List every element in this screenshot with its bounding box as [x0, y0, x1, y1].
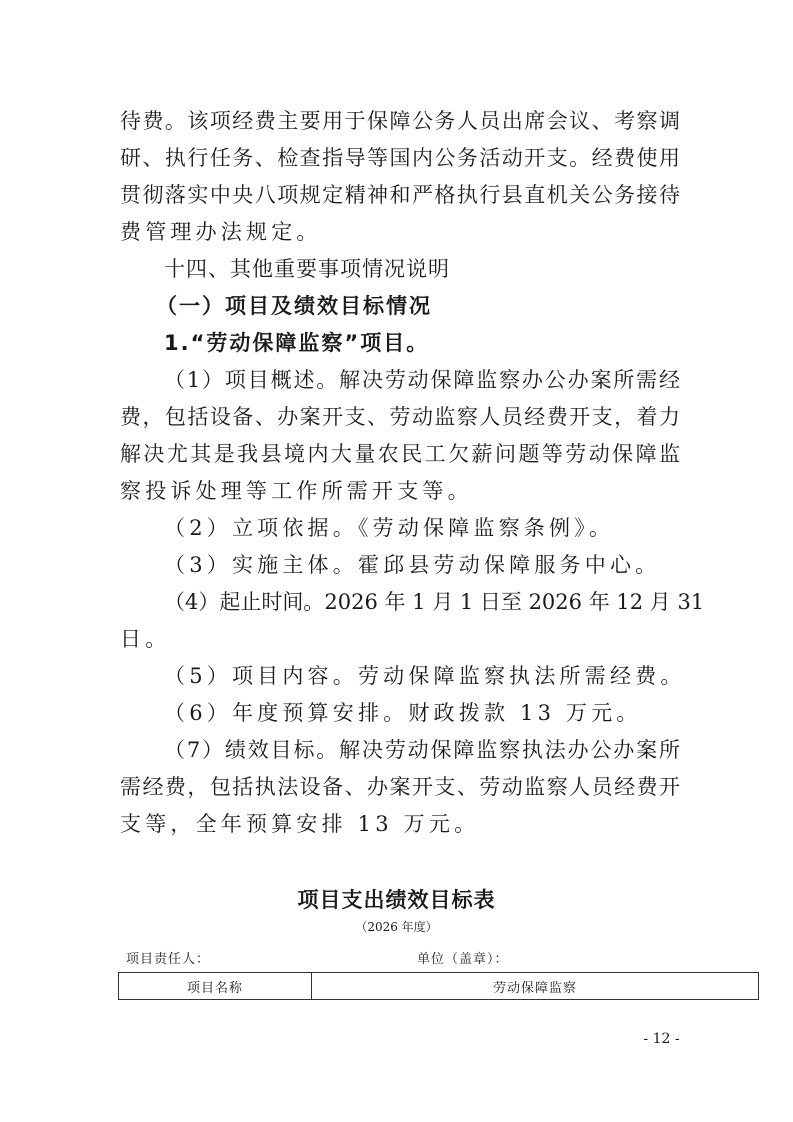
- body-text-line: 研、执行任务、检查指导等国内公务活动开支。经费使用: [120, 145, 680, 171]
- table-title: 项目支出绩效目标表: [0, 884, 793, 914]
- item-title: 1.“劳动保障监察”项目。: [164, 330, 680, 356]
- table-row: 项目名称 劳动保障监察: [119, 973, 759, 1000]
- implementer-line: （3）实施主体。霍邱县劳动保障服务中心。: [164, 552, 680, 578]
- period-line: （4）起止时间。2026 年 1 月 1 日至 2026 年 12 月 31: [164, 589, 680, 615]
- body-text-line: 待费。该项经费主要用于保障公务人员出席会议、考察调: [120, 108, 680, 134]
- performance-target-table: 项目名称 劳动保障监察: [118, 972, 759, 1000]
- overview-line: 费，包括设备、办案开支、劳动监察人员经费开支，着力: [120, 404, 680, 430]
- table-cell-label: 项目名称: [119, 973, 312, 1000]
- responsible-person-label: 项目责任人：: [126, 948, 210, 967]
- goal-line: 需经费，包括执法设备、办案开支、劳动监察人员经费开: [120, 774, 680, 800]
- body-text-line: 贯彻落实中央八项规定精神和严格执行县直机关公务接待: [120, 182, 680, 208]
- overview-line: 察投诉处理等工作所需开支等。: [120, 478, 680, 504]
- page-number: - 12 -: [0, 1031, 793, 1047]
- overview-line: 解决尤其是我县境内大量农民工欠薪问题等劳动保障监: [120, 441, 680, 467]
- basis-line: （2）立项依据。《劳动保障监察条例》。: [164, 515, 680, 541]
- table-cell-value: 劳动保障监察: [312, 973, 759, 1000]
- period-line: 日。: [120, 626, 680, 652]
- table-subtitle: （2026 年度）: [0, 918, 793, 935]
- budget-line: （6）年度预算安排。财政拨款 13 万元。: [164, 700, 680, 726]
- goal-line: 支等，全年预算安排 13 万元。: [120, 811, 680, 837]
- section-subheading: （一）项目及绩效目标情况: [156, 293, 716, 319]
- overview-line: （1）项目概述。解决劳动保障监察办公办案所需经: [164, 367, 680, 393]
- body-text-line: 费管理办法规定。: [120, 219, 680, 245]
- content-line: （5）项目内容。劳动保障监察执法所需经费。: [164, 663, 680, 689]
- section-heading: 十四、其他重要事项情况说明: [164, 256, 680, 282]
- unit-seal-label: 单位（盖章）：: [417, 948, 509, 967]
- goal-line: （7）绩效目标。解决劳动保障监察执法办公办案所: [164, 737, 680, 763]
